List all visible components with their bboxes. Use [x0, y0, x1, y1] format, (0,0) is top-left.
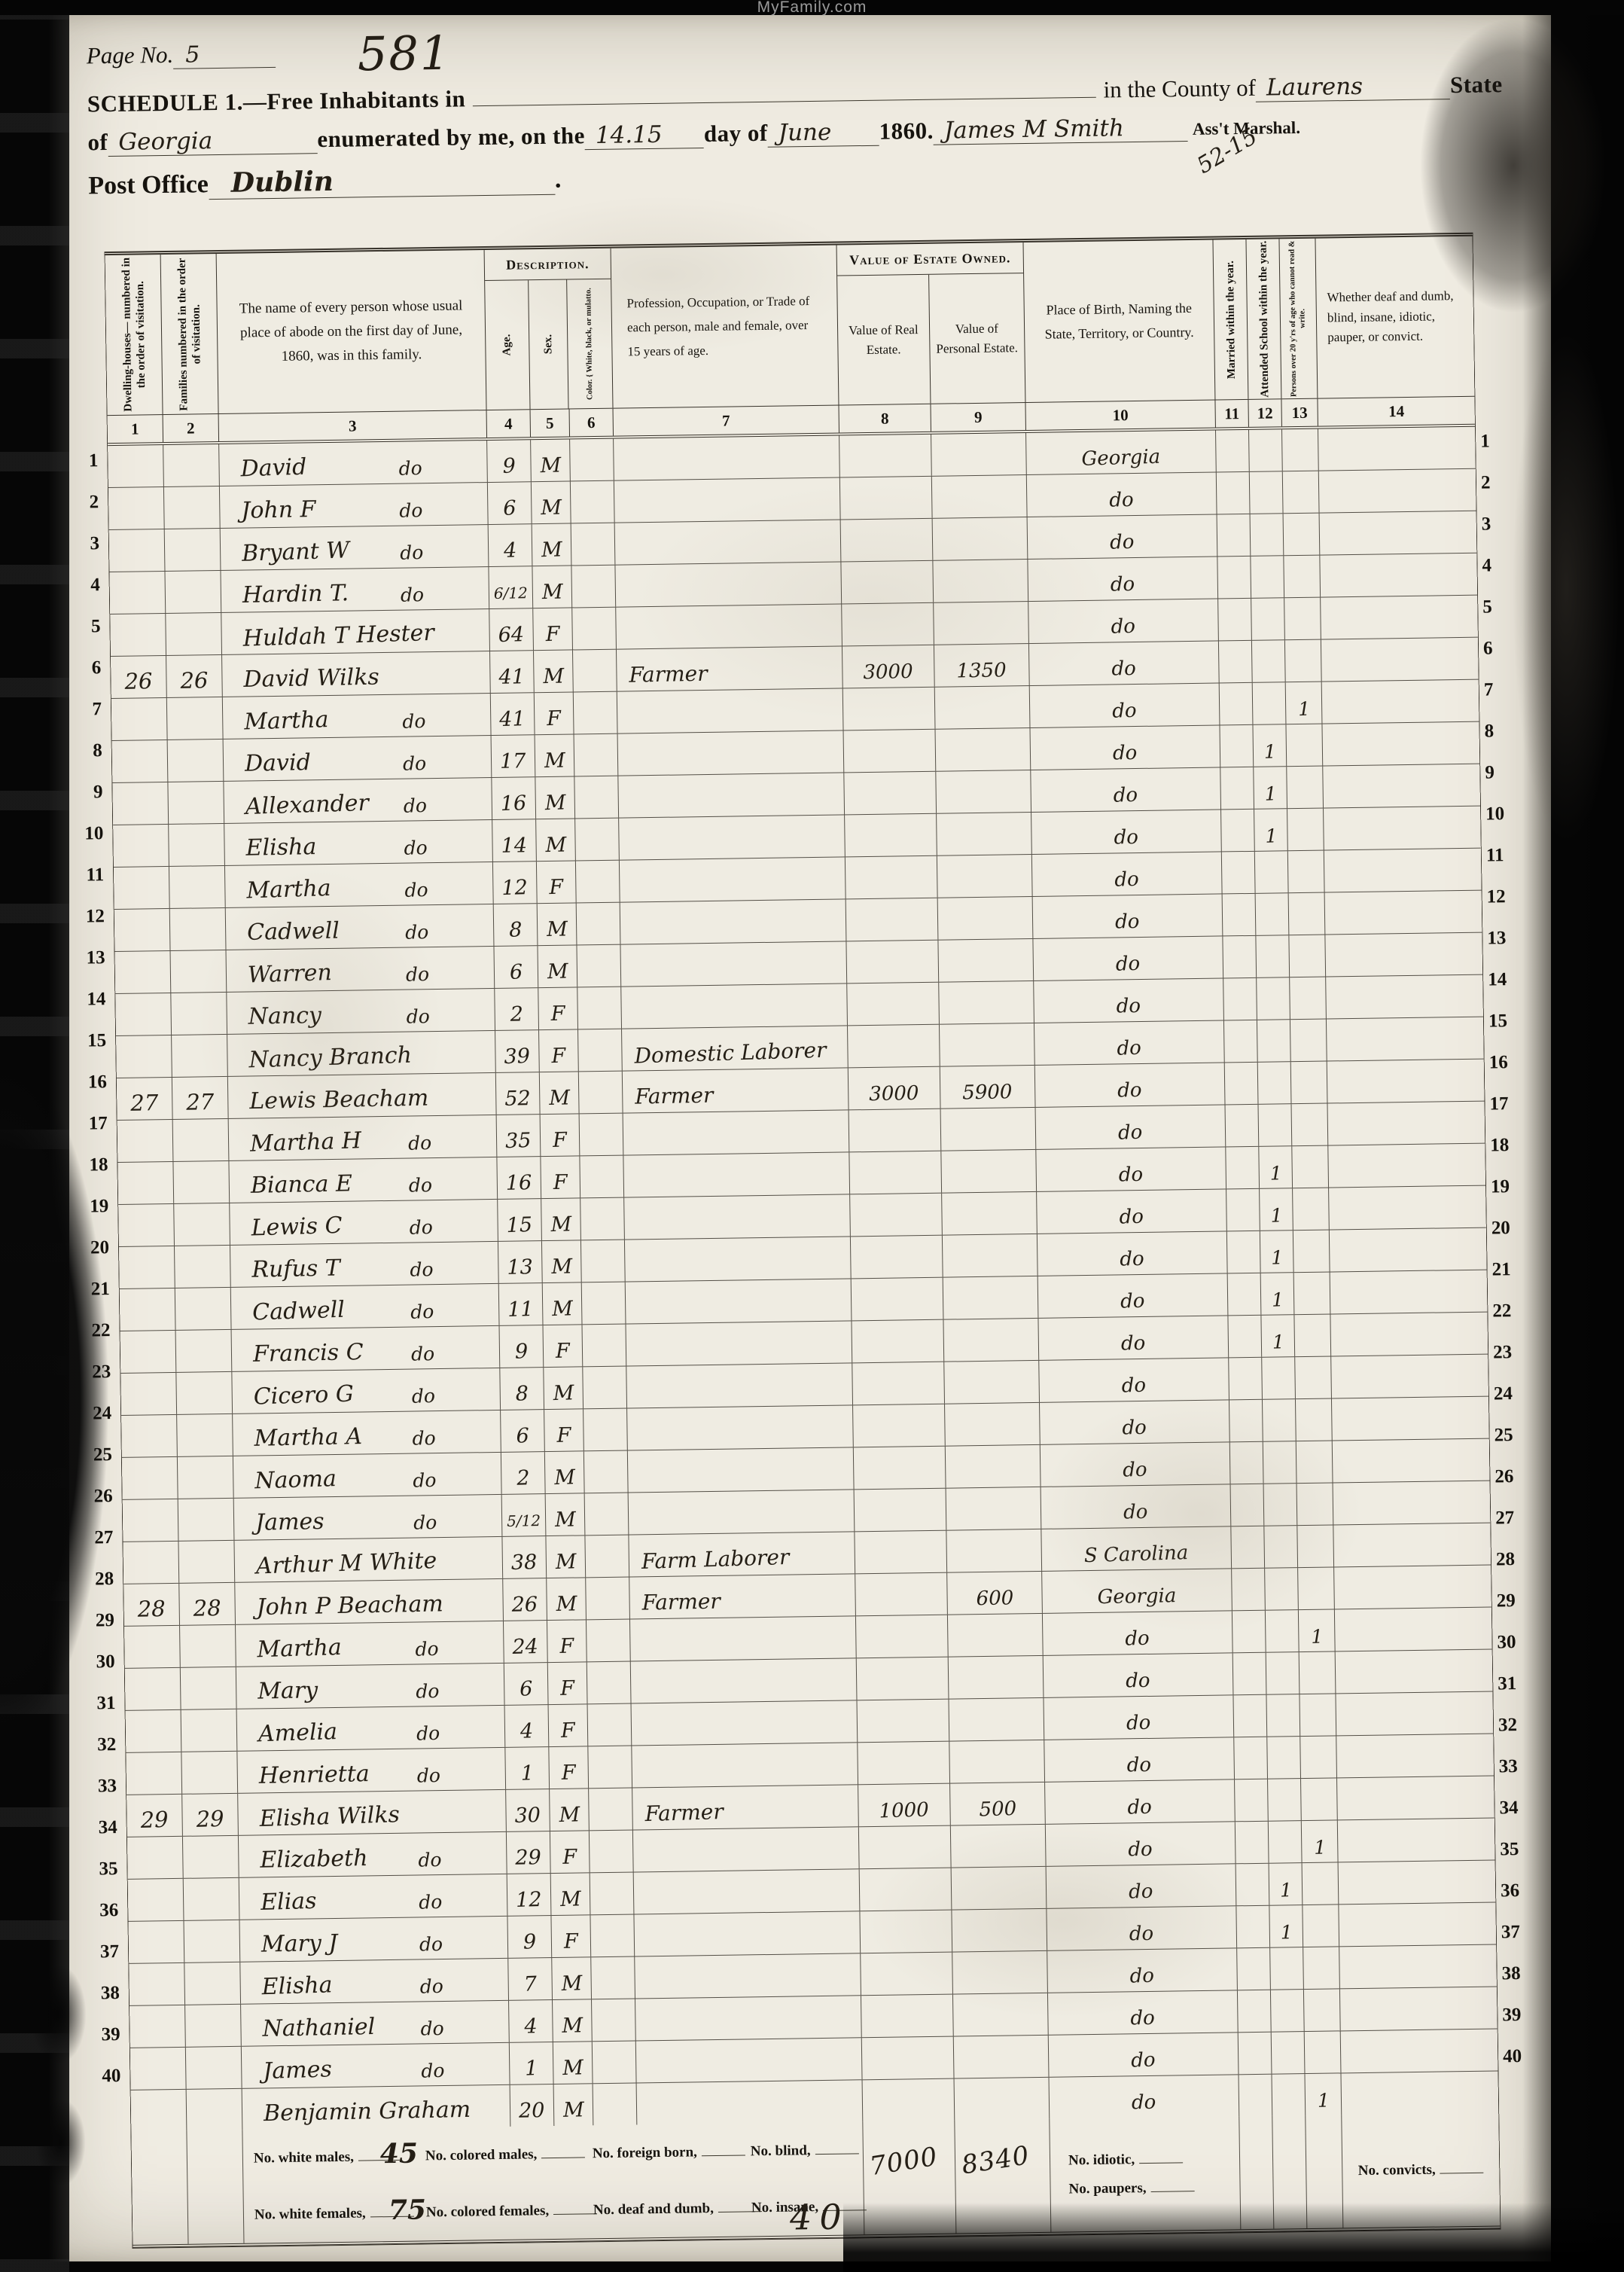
- cell-dwelling: [115, 951, 172, 993]
- sex-value: F: [549, 876, 564, 900]
- cell-married: [1224, 1020, 1258, 1063]
- age-value: 16: [506, 1171, 532, 1195]
- cell-color: [593, 2041, 637, 2083]
- cell-school: 1: [1259, 1146, 1293, 1188]
- cell-remarks: [1341, 2071, 1498, 2115]
- cell-color: [593, 2083, 638, 2125]
- cell-birth: do: [1041, 1484, 1232, 1529]
- cell-sex: F: [533, 608, 573, 650]
- birth-value: do: [1121, 1332, 1146, 1356]
- surname-ditto: do: [413, 1511, 437, 1534]
- cell-dwelling: [108, 487, 165, 529]
- sex-value: F: [562, 1761, 576, 1785]
- cell-personal: [941, 1150, 1037, 1193]
- cell-real: [852, 1278, 944, 1321]
- cell-occupation: [626, 1279, 852, 1323]
- cell-school: 1: [1261, 1273, 1295, 1315]
- cell-color: [590, 1831, 634, 1873]
- surname-ditto: do: [420, 2017, 444, 2040]
- cell-personal: [936, 728, 1031, 771]
- cell-name: Marthado: [225, 862, 494, 907]
- surname-ditto: do: [415, 1638, 439, 1661]
- birth-value: do: [1122, 1374, 1147, 1398]
- surname-ditto: do: [408, 1174, 432, 1197]
- cell-personal: [933, 560, 1028, 602]
- cell-family: [174, 1203, 230, 1246]
- cell-birth: do: [1044, 1695, 1234, 1740]
- header-group-description: Description. Age. Sex. Color. { White, b…: [485, 249, 614, 410]
- cell-dwelling: [120, 1331, 177, 1373]
- cell-birth: do: [1040, 1400, 1230, 1444]
- birth-value: do: [1128, 1838, 1153, 1862]
- family-value: 27: [186, 1089, 215, 1115]
- age-value: 8: [515, 1382, 529, 1406]
- header-col-birthplace: Place of Birth, Naming the State, Territ…: [1023, 240, 1215, 402]
- surname-ditto: do: [412, 1427, 436, 1450]
- blank-rule: [473, 96, 1096, 107]
- header-col-sex-label: Sex.: [541, 334, 555, 354]
- cell-sex: M: [541, 1198, 581, 1240]
- sex-value: F: [562, 1846, 577, 1869]
- cell-color: [574, 776, 619, 819]
- left-line-number: 23: [72, 1362, 111, 1383]
- cell-remarks: [1323, 764, 1480, 808]
- cell-real: [841, 519, 934, 562]
- colored-females: No. colored females,: [426, 2202, 593, 2221]
- cell-remarks: [1322, 680, 1479, 724]
- cell-family: [184, 1962, 241, 2005]
- age-value: 16: [501, 791, 527, 816]
- cell-real: [852, 1362, 945, 1405]
- cell-married: [1236, 1864, 1270, 1906]
- surname-ditto: do: [404, 837, 428, 859]
- cell-school: [1250, 471, 1284, 514]
- cell-real: [840, 477, 933, 520]
- cell-dwelling: [114, 909, 171, 951]
- cell-birth: Georgia: [1042, 1569, 1232, 1613]
- cell-dwelling: [117, 1162, 174, 1204]
- page-no-value: 5: [173, 41, 276, 69]
- cell-illiterate: [1295, 1356, 1332, 1398]
- cell-personal: [946, 1529, 1042, 1572]
- cell-school: [1251, 598, 1285, 640]
- cell-personal: [943, 1276, 1039, 1319]
- left-line-number: 5: [61, 616, 100, 638]
- cell-color: [588, 1746, 632, 1789]
- cell-real: [861, 1953, 953, 1996]
- cell-color: [584, 1451, 629, 1493]
- cell-married: [1226, 1147, 1260, 1189]
- cell-birth: do: [1032, 852, 1223, 896]
- cell-name: Lewis Beacham: [228, 1073, 497, 1118]
- cell-married: [1219, 641, 1253, 683]
- occupation-value: Farmer: [641, 1589, 721, 1615]
- right-line-number: 31: [1498, 1673, 1537, 1695]
- paupers: No. paupers,: [1068, 2179, 1239, 2197]
- cell-sex: M: [535, 776, 575, 819]
- cell-school: [1255, 851, 1289, 893]
- left-line-number: 21: [71, 1279, 110, 1301]
- cell-married: [1229, 1400, 1263, 1442]
- cell-sex: M: [543, 1282, 583, 1325]
- cell-age: 9: [507, 1916, 552, 1958]
- header-col-age: Age.: [485, 280, 530, 410]
- cell-color: [580, 1198, 625, 1240]
- right-line-number: 4: [1482, 555, 1521, 577]
- cell-personal: [942, 1192, 1037, 1235]
- cell-illiterate: 1: [1302, 1820, 1339, 1862]
- cell-real: 3000: [849, 1067, 941, 1110]
- left-line-number: 16: [68, 1072, 107, 1093]
- cell-remarks: [1325, 891, 1482, 935]
- cell-birth: do: [1030, 683, 1220, 727]
- cell-dwelling: [120, 1288, 176, 1331]
- school-value: 1: [1264, 782, 1277, 804]
- cell-color: [591, 1956, 635, 1999]
- cell-sex: M: [535, 734, 575, 776]
- person-name: Martha: [257, 1634, 342, 1664]
- cell-married: [1237, 1948, 1271, 1990]
- birth-value: do: [1116, 953, 1141, 976]
- cell-school: [1256, 935, 1290, 977]
- column-number-11: 11: [1215, 400, 1248, 428]
- surname-ditto: do: [418, 1849, 442, 1871]
- birth-value: do: [1123, 1501, 1148, 1524]
- cell-real: [857, 1657, 949, 1700]
- left-line-number: 15: [67, 1030, 106, 1052]
- sex-value: M: [561, 1972, 583, 1996]
- cell-occupation: Farmer: [632, 1785, 859, 1829]
- age-value: 12: [501, 876, 528, 900]
- cell-real: [846, 856, 938, 899]
- age-value: 30: [514, 1804, 541, 1828]
- cell-occupation: [628, 1447, 855, 1492]
- person-name: Elizabeth: [260, 1845, 368, 1874]
- cell-birth: do: [1038, 1273, 1229, 1318]
- cell-name: Rufus Tdo: [230, 1242, 499, 1287]
- cell-real: 1000: [858, 1784, 951, 1827]
- cell-dwelling: [117, 1120, 174, 1162]
- dwelling-value: 27: [130, 1090, 159, 1116]
- cell-age: 2: [501, 1452, 546, 1494]
- person-name: Mary J: [261, 1930, 338, 1958]
- cell-married: [1229, 1358, 1263, 1400]
- cell-family: [169, 866, 226, 908]
- cell-age: 1: [510, 2042, 554, 2084]
- cell-age: 6/12: [489, 566, 533, 608]
- cell-dwelling: [126, 1710, 182, 1752]
- cell-name: Nancy Branch: [227, 1031, 496, 1076]
- cell-dwelling: [128, 1879, 184, 1921]
- age-value: 52: [504, 1087, 531, 1111]
- cell-birth: do: [1037, 1231, 1228, 1276]
- cell-illiterate: [1288, 851, 1325, 893]
- sex-value: M: [562, 2014, 583, 2038]
- cell-real: [861, 1995, 954, 2038]
- sex-value: M: [562, 2056, 583, 2080]
- cell-name: Daviddo: [219, 441, 488, 486]
- right-line-number: 35: [1500, 1839, 1539, 1861]
- surname-ditto: do: [421, 2060, 445, 2082]
- age-value: 24: [512, 1635, 538, 1659]
- cell-illiterate: [1298, 1567, 1335, 1609]
- cell-real: [844, 730, 937, 773]
- illiterate-value: 1: [1317, 2090, 1329, 2112]
- left-line-number: 32: [77, 1734, 116, 1756]
- cell-occupation: [625, 1237, 852, 1281]
- right-line-number: 15: [1488, 1011, 1528, 1032]
- cell-occupation: Farmer: [629, 1574, 856, 1618]
- cell-school: [1271, 1990, 1305, 2032]
- cell-family: [166, 613, 222, 655]
- cell-age: 12: [493, 862, 538, 904]
- cell-name: Huldah T Hester: [221, 609, 490, 654]
- cell-occupation: [633, 1827, 860, 1871]
- cell-birth: do: [1028, 599, 1219, 643]
- cell-name: Francis Cdo: [232, 1326, 501, 1371]
- header-col-personal-estate-label: Value of Personal Estate.: [929, 319, 1024, 358]
- cell-family: [187, 2089, 243, 2131]
- cell-dwelling: [109, 529, 166, 572]
- cell-real: [850, 1194, 943, 1237]
- sex-value: M: [554, 1508, 575, 1532]
- cell-name: Nathanieldo: [241, 2001, 510, 2046]
- person-name: Cadwell: [252, 1297, 346, 1326]
- age-value: 2: [516, 1466, 530, 1490]
- cell-sex: F: [547, 1620, 587, 1662]
- cell-dwelling: [131, 2090, 187, 2132]
- person-name: Hardin T.: [242, 580, 349, 608]
- sex-value: F: [564, 1929, 578, 1953]
- header-col-remarks: Whether deaf and dumb, blind, insane, id…: [1315, 236, 1474, 398]
- white-males-value: 45: [380, 2137, 419, 2170]
- person-name: Rufus T: [251, 1255, 340, 1283]
- birth-value: do: [1126, 1712, 1151, 1735]
- cell-married: [1220, 725, 1254, 767]
- right-line-number: 32: [1498, 1715, 1537, 1737]
- cell-dwelling: [114, 867, 170, 909]
- header-col-sex: Sex.: [529, 280, 569, 410]
- cell-occupation: [618, 773, 845, 817]
- cell-married: [1225, 1063, 1259, 1105]
- cell-illiterate: [1301, 1778, 1338, 1820]
- cell-color: [577, 903, 621, 945]
- right-line-number: 28: [1496, 1549, 1535, 1571]
- cell-occupation: [631, 1658, 858, 1703]
- age-value: 11: [507, 1298, 534, 1322]
- left-line-number: 34: [78, 1817, 117, 1839]
- cell-birth: do: [1034, 978, 1224, 1023]
- header-col-real-estate: Value of Real Estate.: [837, 275, 931, 405]
- cell-illiterate: [1300, 1694, 1336, 1736]
- person-name: Elisha: [245, 834, 316, 862]
- cell-birth: do: [1045, 1779, 1236, 1824]
- cell-name: Elishado: [240, 1959, 509, 2004]
- cell-school: 1: [1269, 1863, 1303, 1905]
- cell-personal: [952, 1951, 1048, 1994]
- cell-married: [1233, 1695, 1267, 1737]
- person-name: David Wilks: [243, 664, 379, 693]
- cell-family: 27: [172, 1077, 229, 1119]
- cell-school: [1266, 1610, 1300, 1652]
- cell-family: 28: [179, 1583, 236, 1625]
- cell-personal: [946, 1445, 1041, 1488]
- surname-ditto: do: [411, 1385, 435, 1407]
- sex-value: M: [551, 1255, 572, 1279]
- cell-illiterate: 1: [1299, 1609, 1336, 1651]
- left-line-number: 4: [61, 575, 100, 596]
- cell-dwelling: 27: [117, 1078, 173, 1120]
- cell-age: 5/12: [502, 1494, 547, 1536]
- left-line-number: 2: [59, 492, 99, 514]
- cell-sex: F: [541, 1114, 580, 1156]
- person-name: Cicero G: [253, 1380, 354, 1410]
- cell-age: 8: [494, 904, 538, 946]
- cell-sex: F: [549, 1746, 589, 1789]
- cell-occupation: [614, 477, 841, 522]
- cell-school: 1: [1254, 767, 1287, 809]
- surname-ditto: do: [404, 879, 428, 901]
- cell-married: [1223, 936, 1257, 978]
- cell-remarks: [1318, 427, 1476, 471]
- person-name: Martha: [246, 875, 331, 904]
- birth-value: do: [1114, 826, 1139, 849]
- cell-color: [571, 566, 616, 608]
- cell-illiterate: [1294, 1273, 1331, 1315]
- cell-dwelling: [112, 782, 169, 825]
- cell-personal: [931, 433, 1027, 476]
- cell-illiterate: [1303, 1862, 1339, 1905]
- date-value: 14.15: [585, 120, 705, 150]
- surname-ditto: do: [401, 584, 425, 606]
- cell-age: 12: [507, 1874, 552, 1916]
- right-line-number: 39: [1502, 2005, 1541, 2027]
- sex-value: M: [554, 1465, 576, 1490]
- cell-occupation: [627, 1405, 854, 1450]
- cell-birth: do: [1047, 1906, 1237, 1950]
- cell-illiterate: [1283, 471, 1320, 514]
- right-line-number: 11: [1486, 845, 1525, 867]
- birth-value: do: [1125, 1627, 1150, 1651]
- cell-illiterate: [1303, 1905, 1339, 1947]
- cell-family: [183, 1836, 239, 1878]
- birth-value: do: [1120, 1290, 1145, 1313]
- header-col-family-label: Families numbered in the order of visita…: [175, 254, 204, 413]
- cell-illiterate: [1300, 1736, 1337, 1778]
- surname-ditto: do: [398, 457, 422, 480]
- cell-name: John Fdo: [220, 483, 489, 528]
- cell-sex: M: [547, 1578, 587, 1620]
- header-col-real-estate-label: Value of Real Estate.: [838, 320, 929, 360]
- cell-occupation: [632, 1743, 858, 1787]
- post-office-value: Dublin: [209, 163, 556, 200]
- cell-name: Warrendo: [227, 947, 495, 992]
- sex-value: M: [543, 665, 564, 689]
- cell-dwelling: [115, 993, 172, 1035]
- cell-remarks: [1322, 722, 1479, 766]
- column-number-3: 3: [219, 410, 487, 441]
- cell-sex: F: [538, 987, 578, 1029]
- cell-occupation: Farmer: [617, 646, 843, 691]
- cell-sex: F: [537, 861, 577, 903]
- age-value: 8: [509, 918, 523, 941]
- table-header: Dwelling-houses— numbered in the order o…: [105, 236, 1475, 416]
- cell-married: [1231, 1526, 1265, 1569]
- cell-age: 29: [507, 1831, 551, 1874]
- sex-value: F: [559, 1634, 574, 1658]
- age-value: 2: [510, 1002, 523, 1026]
- cell-remarks: [1326, 975, 1483, 1019]
- cell-occupation: [621, 984, 848, 1028]
- right-line-number: 21: [1491, 1259, 1531, 1281]
- cell-age: 26: [503, 1578, 547, 1621]
- surname-ditto: do: [405, 963, 429, 986]
- birth-value: Georgia: [1081, 446, 1161, 471]
- cell-married: [1217, 557, 1251, 599]
- cell-color: [579, 1072, 623, 1114]
- left-line-number: 10: [64, 823, 103, 845]
- cell-birth: do: [1033, 936, 1223, 980]
- left-line-number: 28: [75, 1569, 114, 1590]
- sex-value: M: [541, 538, 562, 562]
- cell-birth: do: [1031, 725, 1221, 770]
- cell-illiterate: [1297, 1483, 1334, 1525]
- table-body: Daviddo9MGeorgiaJohn Fdo6MdoBryant Wdo4M…: [108, 427, 1498, 2132]
- cell-occupation: [635, 1996, 862, 2040]
- cell-personal: 600: [947, 1572, 1043, 1615]
- left-line-number: 29: [75, 1610, 114, 1632]
- surname-ditto: do: [405, 921, 429, 944]
- sex-value: F: [551, 1002, 565, 1026]
- cell-remarks: [1324, 807, 1481, 850]
- person-name: Lewis Beacham: [249, 1085, 429, 1115]
- surname-ditto: do: [399, 499, 423, 522]
- cell-sex: M: [553, 1999, 593, 2042]
- cell-school: [1263, 1399, 1296, 1441]
- cell-illiterate: [1293, 1231, 1330, 1273]
- cell-occupation: [634, 1869, 861, 1914]
- cell-occupation: [614, 435, 840, 480]
- column-number-4: 4: [487, 410, 531, 438]
- cell-school: [1270, 1947, 1304, 1990]
- surname-ditto: do: [416, 1764, 440, 1787]
- family-value: 28: [193, 1595, 221, 1621]
- sex-value: F: [560, 1677, 574, 1700]
- birth-value: do: [1115, 910, 1140, 934]
- right-line-number: 27: [1495, 1508, 1534, 1529]
- header-col-occupation: Profession, Occupation, or Trade of each…: [611, 245, 839, 408]
- cell-age: 30: [506, 1789, 550, 1831]
- person-name: Elisha Wilks: [259, 1801, 400, 1832]
- illiterate-value: 1: [1314, 1837, 1326, 1859]
- cell-illiterate: [1296, 1441, 1333, 1483]
- sex-value: F: [553, 1128, 568, 1152]
- cell-illiterate: [1292, 1146, 1329, 1188]
- cell-remarks: [1333, 1523, 1491, 1567]
- cell-dwelling: [129, 2005, 186, 2048]
- cell-real: [846, 941, 939, 984]
- age-value: 20: [519, 2099, 545, 2123]
- footer-spacer-2: [187, 2130, 244, 2244]
- cell-family: [181, 1667, 237, 1709]
- school-value: 1: [1272, 1331, 1284, 1353]
- cell-birth: do: [1028, 557, 1218, 601]
- right-line-number: 16: [1489, 1052, 1528, 1074]
- cell-age: 6: [501, 1410, 545, 1452]
- person-name: John P Beacham: [256, 1590, 443, 1621]
- cell-age: 6: [488, 482, 532, 524]
- left-line-number: 17: [69, 1113, 108, 1135]
